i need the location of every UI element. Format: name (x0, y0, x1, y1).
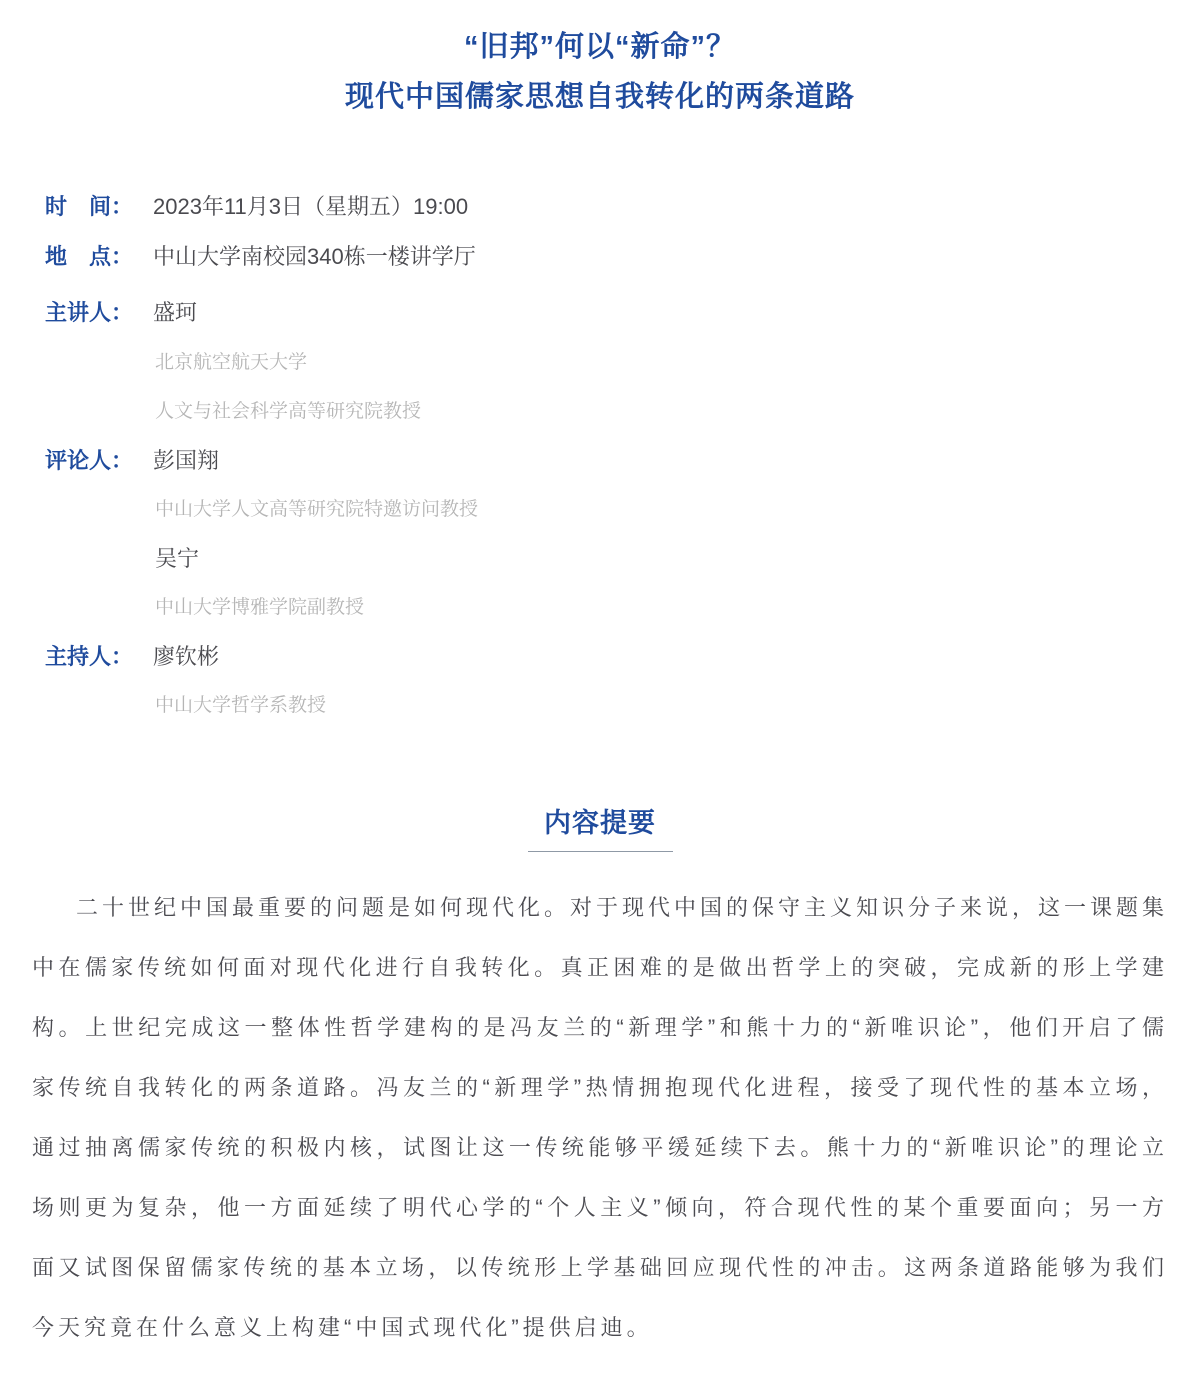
speaker-row: 主讲人：盛珂 (45, 288, 1200, 338)
page-title: “旧邦”何以“新命”？ 现代中国儒家思想自我转化的两条道路 (0, 0, 1200, 122)
abstract-heading: 内容提要 (0, 806, 1200, 840)
time-row: 时 间：2023年11月3日（星期五）19:00 (45, 182, 1200, 232)
place-label: 地 点： (45, 244, 133, 269)
place-row: 地 点：中山大学南校园340栋一楼讲学厅 (45, 232, 1200, 282)
commentator-row: 评论人：彭国翔 (45, 436, 1200, 485)
lecture-announcement-page: “旧邦”何以“新命”？ 现代中国儒家思想自我转化的两条道路 时 间：2023年1… (0, 0, 1200, 1358)
host-affiliation: 中山大学哲学系教授 (155, 681, 1200, 730)
host-row: 主持人：廖钦彬 (45, 632, 1200, 681)
speaker-affiliation: 北京航空航天大学 (155, 338, 1200, 387)
heading-underline-divider (528, 851, 673, 852)
commentator-name: 吴宁 (155, 534, 1200, 583)
place-value: 中山大学南校园340栋一楼讲学厅 (153, 244, 476, 269)
speaker-affiliation: 人文与社会科学高等研究院教授 (155, 387, 1200, 436)
time-label: 时 间： (45, 194, 133, 219)
commentator-affiliation: 中山大学人文高等研究院特邀访问教授 (155, 485, 1200, 534)
speaker-name: 盛珂 (153, 300, 197, 325)
speaker-label: 主讲人： (45, 300, 133, 325)
title-line-1: “旧邦”何以“新命”？ (0, 22, 1200, 72)
commentator-label: 评论人： (45, 448, 133, 473)
commentator-name: 彭国翔 (153, 448, 219, 473)
commentator-affiliation: 中山大学博雅学院副教授 (155, 583, 1200, 632)
abstract-paragraph: 二十世纪中国最重要的问题是如何现代化。对于现代中国的保守主义知识分子来说，这一课… (32, 878, 1168, 1358)
title-line-2: 现代中国儒家思想自我转化的两条道路 (0, 72, 1200, 122)
time-value: 2023年11月3日（星期五）19:00 (153, 194, 468, 219)
host-label: 主持人： (45, 644, 133, 669)
event-info: 时 间：2023年11月3日（星期五）19:00 地 点：中山大学南校园340栋… (45, 182, 1200, 730)
abstract-section: 内容提要 二十世纪中国最重要的问题是如何现代化。对于现代中国的保守主义知识分子来… (0, 806, 1200, 1358)
host-name: 廖钦彬 (153, 644, 219, 669)
